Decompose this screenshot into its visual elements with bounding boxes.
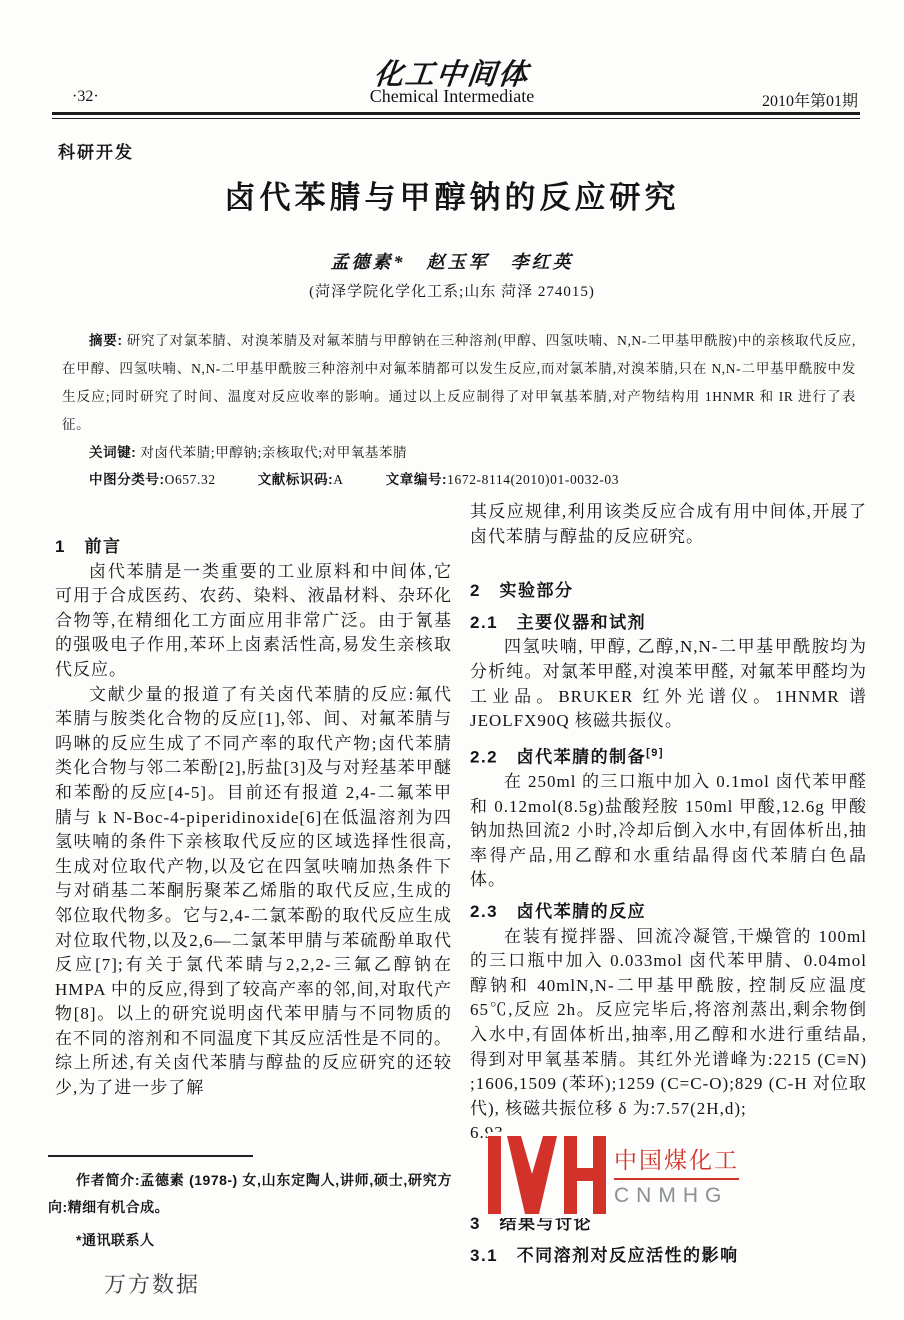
article-title: 卤代苯腈与甲醇钠的反应研究 (0, 172, 904, 217)
heading-2-2-text: 2.2 卤代苯腈的制备 (470, 747, 646, 766)
column-section-label: 科研开发 (58, 138, 134, 163)
keywords-text: 对卤代苯腈;甲醇钠;亲核取代;对甲氧基苯腈 (136, 445, 407, 460)
page-number: ·32· (72, 88, 99, 106)
clc-value: O657.32 (165, 472, 216, 487)
abstract-paragraph: 摘要: 研究了对氯苯腈、对溴苯腈及对氟苯腈与甲醇钠在三种溶剂(甲醇、四氢呋喃、N… (62, 327, 856, 439)
coal-chem-watermark: 中国煤化工 CNMHG (488, 1132, 750, 1218)
abstract-text: 研究了对氯苯腈、对溴苯腈及对氟苯腈与甲醇钠在三种溶剂(甲醇、四氢呋喃、N,N-二… (62, 333, 856, 432)
heading-2-1-instruments: 2.1 主要仪器和试剂 (470, 611, 867, 636)
coal-chem-latin-text: CNMHG (614, 1184, 739, 1208)
right-paragraph-2-3: 在装有搅拌器、回流冷凝管,干燥管的 100ml 的三口瓶中加入 0.033mol… (470, 925, 867, 1122)
left-paragraph-2: 文献少量的报道了有关卤代苯腈的反应:氟代苯腈与胺类化合物的反应[1],邻、间、对… (55, 683, 452, 1101)
footnote-author-bio: 作者简介:孟德素 (1978-) 女,山东定陶人,讲师,硕士,研究方向:精细有机… (48, 1167, 452, 1221)
left-paragraph-1: 卤代苯腈是一类重要的工业原料和中间体,它可用于合成医药、农药、染料、液晶材料、杂… (55, 560, 452, 683)
footnote-corresponding-author: *通讯联系人 (48, 1227, 452, 1254)
coal-chem-logo-icon (488, 1136, 606, 1214)
keywords-label: 关词键: (89, 445, 136, 460)
coal-chem-chinese-text: 中国煤化工 (614, 1142, 739, 1180)
coal-chem-texts: 中国煤化工 CNMHG (614, 1142, 739, 1208)
heading-2-2-preparation: 2.2 卤代苯腈的制备[9] (470, 741, 867, 770)
doc-code-value: A (333, 472, 343, 487)
heading-2-experimental: 2 实验部分 (470, 579, 867, 604)
right-paragraph-2-1: 四氢呋喃, 甲醇, 乙醇,N,N-二甲基甲酰胺均为分析纯。对氯苯甲醛,对溴苯甲醛… (470, 635, 867, 733)
right-paragraph-continuation: 其反应规律,利用该类反应合成有用中间体,开展了卤代苯腈与醇盐的反应研究。 (470, 500, 867, 549)
authors-line: 孟德素* 赵玉军 李红英 (0, 248, 904, 274)
keywords-line: 关词键: 对卤代苯腈;甲醇钠;亲核取代;对甲氧基苯腈 (62, 439, 856, 466)
scanned-paper-page: 化工中间体 Chemical Intermediate ·32· 2010年第0… (0, 0, 904, 1320)
heading-2-3-reaction: 2.3 卤代苯腈的反应 (470, 900, 867, 925)
clc-label: 中图分类号: (89, 472, 165, 487)
right-paragraph-2-2: 在 250ml 的三口瓶中加入 0.1mol 卤代苯甲醛和 0.12mol(8.… (470, 770, 867, 893)
classification-line: 中图分类号:O657.32文献标识码:A文章编号:1672-8114(2010)… (62, 466, 856, 493)
issue-number: 2010年第01期 (762, 88, 858, 111)
left-column: 1 前言 卤代苯腈是一类重要的工业原料和中间体,它可用于合成医药、农药、染料、液… (55, 505, 452, 1145)
heading-1-preface: 1 前言 (55, 535, 452, 560)
wanfang-data-watermark: 万方数据 (104, 1268, 200, 1299)
footnote-rule (48, 1155, 253, 1157)
article-no-value: 1672-8114(2010)01-0032-03 (447, 472, 619, 487)
doc-code-label: 文献标识码: (258, 472, 334, 487)
heading-3-1-solvent-effect: 3.1 不同溶剂对反应活性的影响 (470, 1244, 867, 1269)
article-no-label: 文章编号: (386, 472, 448, 487)
affiliation-line: (菏泽学院化学化工系;山东 菏泽 274015) (0, 280, 904, 301)
abstract-block: 摘要: 研究了对氯苯腈、对溴苯腈及对氟苯腈与甲醇钠在三种溶剂(甲醇、四氢呋喃、N… (62, 327, 856, 493)
header-divider-rule (52, 112, 860, 119)
reference-marker-9: [9] (646, 747, 664, 759)
abstract-label: 摘要: (89, 333, 123, 348)
footnote-block: 作者简介:孟德素 (1978-) 女,山东定陶人,讲师,硕士,研究方向:精细有机… (48, 1155, 452, 1254)
